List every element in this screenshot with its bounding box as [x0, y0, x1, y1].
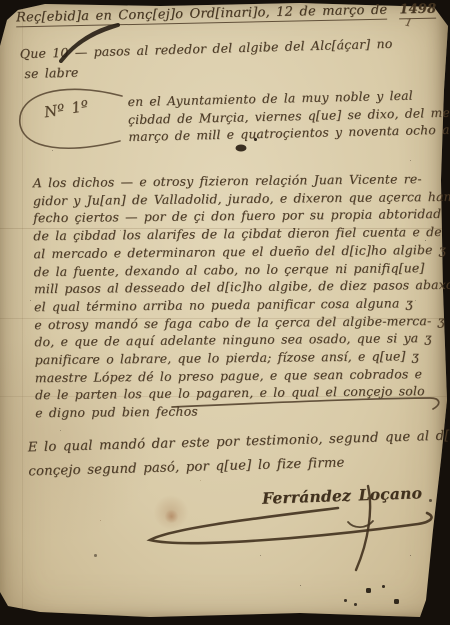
- main-text-block: A los dichos — e otrosy fizieron relaçió…: [33, 170, 450, 422]
- year-1498: 1498: [399, 2, 436, 20]
- paper-specks: [0, 0, 1, 1]
- manuscript-photo: Reç[ebid]a en Conç[ej]o Ord[inari]o, 12 …: [0, 0, 450, 625]
- paper-stain: [164, 510, 179, 523]
- opening-block: en el Ayuntamiento de la muy noble y lea…: [127, 86, 450, 147]
